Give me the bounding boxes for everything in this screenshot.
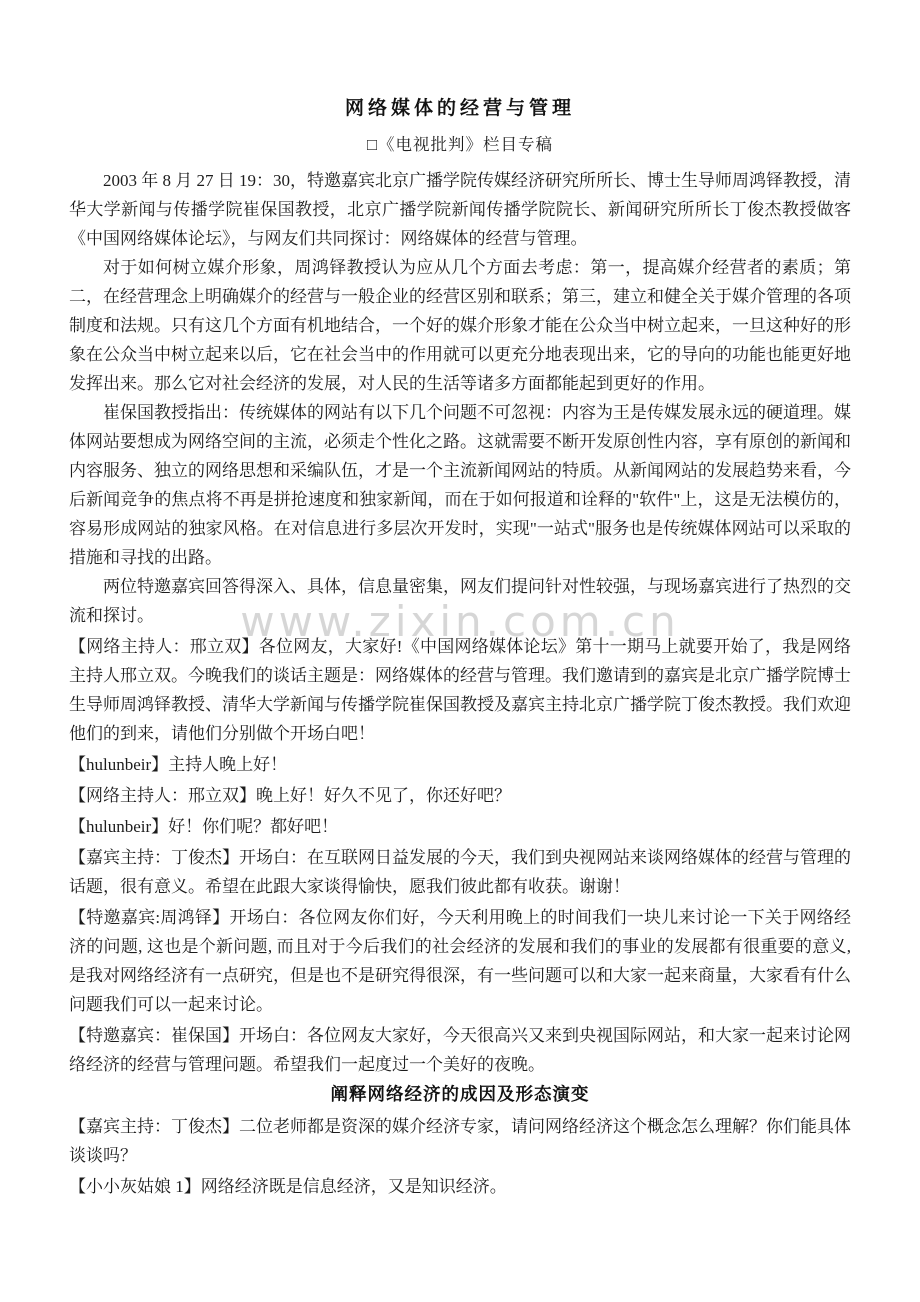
paragraph-cui-viewpoint: 崔保国教授指出：传统媒体的网站有以下几个问题不可忽视：内容为王是传媒发展永远的硬… <box>69 398 851 572</box>
paragraph-intro: 2003 年 8 月 27 日 19：30，特邀嘉宾北京广播学院传媒经济研究所所… <box>69 166 851 253</box>
paragraph-summary: 两位特邀嘉宾回答得深入、具体，信息量密集，网友们提问针对性较强，与现场嘉宾进行了… <box>69 572 851 630</box>
dialogue-cui-opening: 【特邀嘉宾：崔保国】开场白：各位网友大家好，今天很高兴又来到央视国际网站，和大家… <box>69 1021 851 1079</box>
dialogue-ding-opening: 【嘉宾主持：丁俊杰】开场白：在互联网日益发展的今天，我们到央视网站来谈网络媒体的… <box>69 843 851 901</box>
document-subtitle: □《电视批判》栏目专稿 <box>69 134 851 155</box>
paragraph-zhou-viewpoint: 对于如何树立媒介形象，周鸿铎教授认为应从几个方面去考虑：第一，提高媒介经营者的素… <box>69 253 851 398</box>
dialogue-host-reply: 【网络主持人：邢立双】晚上好！好久不见了，你还好吧？ <box>69 781 851 810</box>
document-page: www.zixin.com.cn 网络媒体的经营与管理 □《电视批判》栏目专稿 … <box>0 0 920 1302</box>
document-title: 网络媒体的经营与管理 <box>69 97 851 119</box>
dialogue-zhou-opening: 【特邀嘉宾:周鸿铎】开场白：各位网友你们好，今天利用晚上的时间我们一块儿来讨论一… <box>69 903 851 1019</box>
dialogue-host-opening: 【网络主持人：邢立双】各位网友，大家好!《中国网络媒体论坛》第十一期马上就要开始… <box>69 632 851 748</box>
section-heading: 阐释网络经济的成因及形态演变 <box>69 1081 851 1110</box>
dialogue-ding-question: 【嘉宾主持：丁俊杰】二位老师都是资深的媒介经济专家，请问网络经济这个概念怎么理解… <box>69 1112 851 1170</box>
dialogue-hulunbeir-2: 【hulunbeir】好！你们呢？都好吧！ <box>69 812 851 841</box>
dialogue-hulunbeir-1: 【hulunbeir】主持人晚上好！ <box>69 750 851 779</box>
dialogue-cinderella: 【小小灰姑娘 1】网络经济既是信息经济，又是知识经济。 <box>69 1172 851 1201</box>
